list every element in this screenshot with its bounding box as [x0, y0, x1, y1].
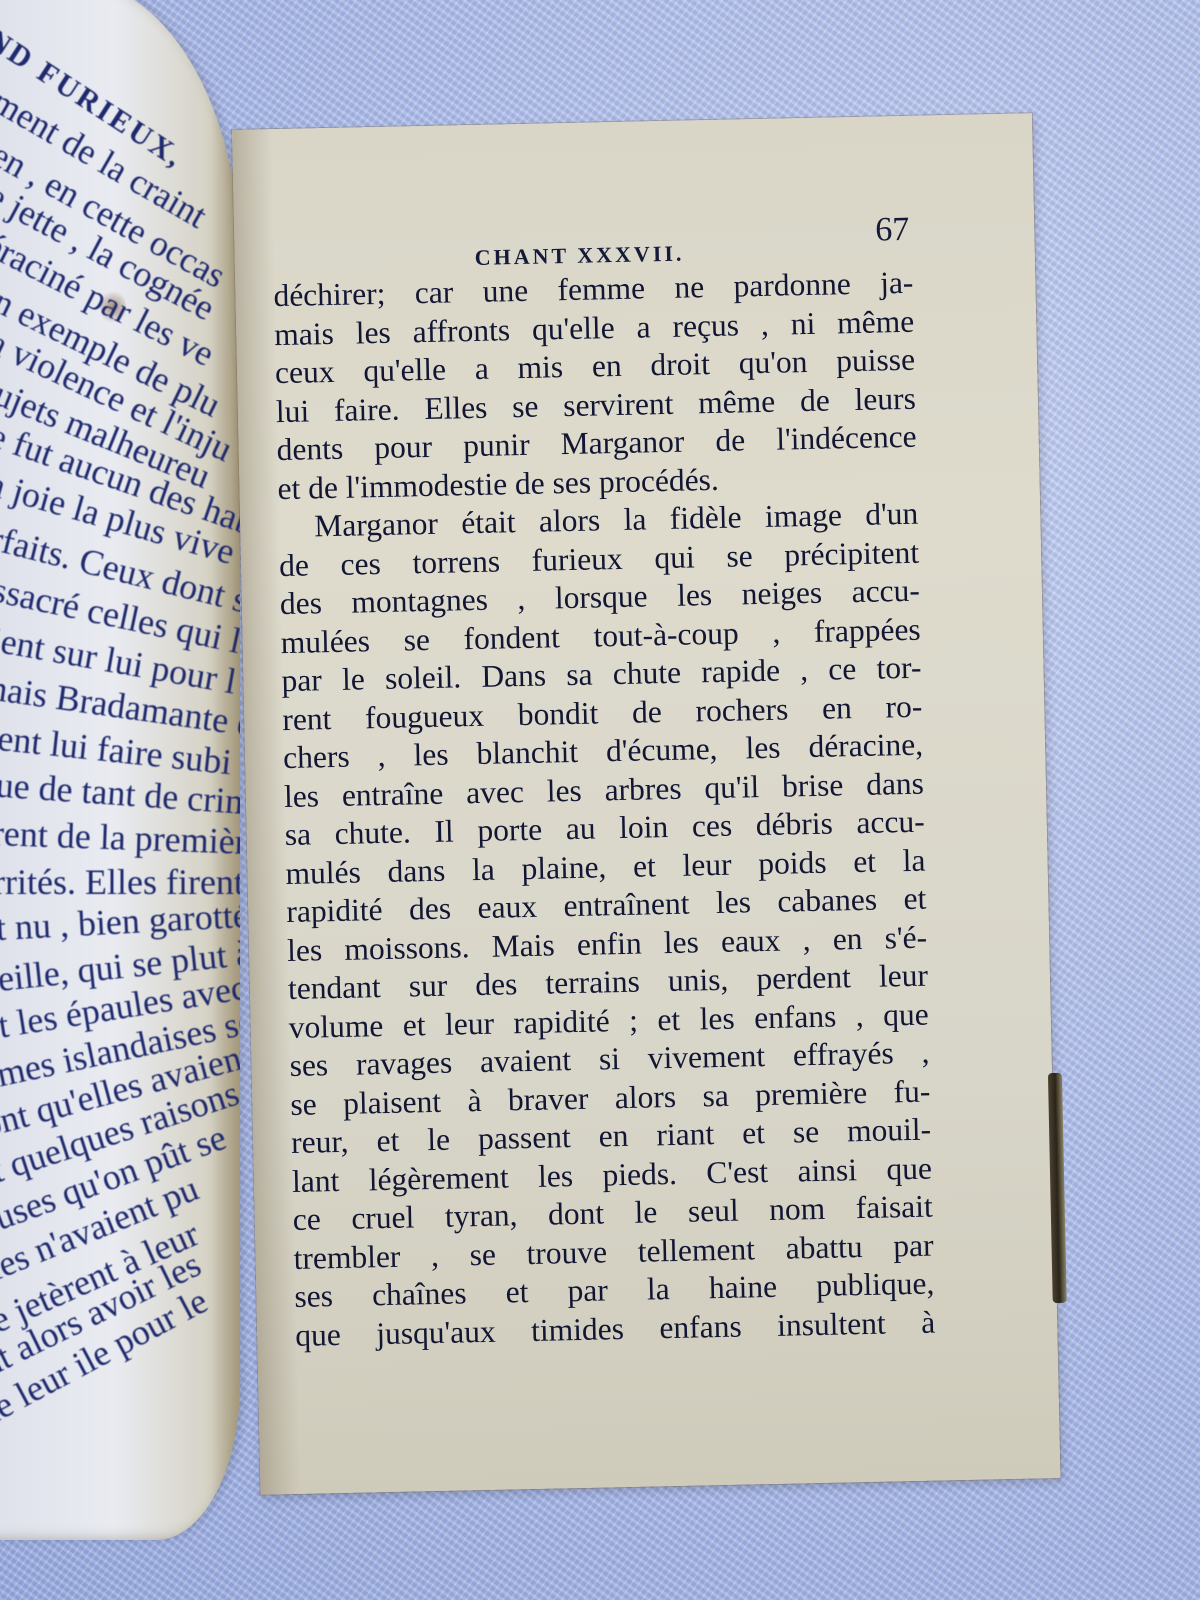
body-text: déchirer; car une femme ne pardonne ja- … [273, 264, 935, 1355]
running-head: CHANT XXXVII. [474, 241, 684, 271]
damaged-page-edge [1048, 1073, 1067, 1303]
right-page: CHANT XXXVII. 67 déchirer; car une femme… [232, 113, 1060, 1494]
page-number: 67 [875, 211, 910, 250]
left-line: s irrités. Elles firent [0, 864, 240, 900]
left-page: ND FURIEUX, ilement de la craint bien , … [0, 0, 240, 1540]
photo-scene: ND FURIEUX, ilement de la craint bien , … [0, 0, 1200, 1600]
left-line: dirent de la première [0, 814, 240, 860]
